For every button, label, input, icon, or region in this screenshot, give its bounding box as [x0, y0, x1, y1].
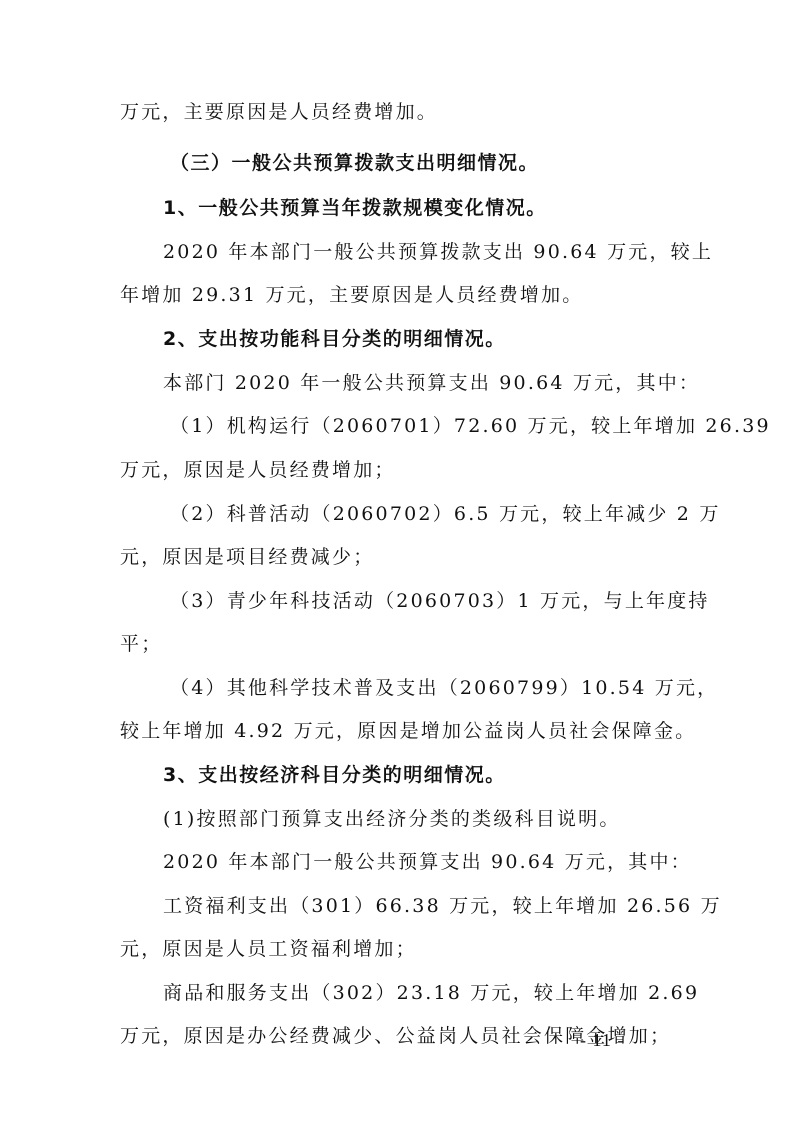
paragraph-line: 年增加 29.31 万元，主要原因是人员经费增加。: [120, 283, 583, 307]
subsection-heading-3: 3、支出按经济科目分类的明细情况。: [163, 763, 506, 787]
paragraph-line: 2020 年本部门一般公共预算拨款支出 90.64 万元，较上: [163, 240, 713, 264]
list-item-1-cont: 万元，原因是人员经费增加；: [120, 458, 396, 482]
list-item-3: （3）青少年科技活动（2060703）1 万元，与上年度持: [170, 589, 710, 613]
section-heading-3: （三）一般公共预算拨款支出明细情况。: [170, 151, 539, 175]
paragraph-line: 工资福利支出（301）66.38 万元，较上年增加 26.56 万: [163, 894, 722, 918]
list-item-2: （2）科普活动（2060702）6.5 万元，较上年减少 2 万: [170, 502, 721, 526]
paragraph-line: (1)按照部门预算支出经济分类的类级科目说明。: [163, 807, 621, 831]
list-item-1: （1）机构运行（2060701）72.60 万元，较上年增加 26.39: [170, 414, 771, 438]
document-page: 万元，主要原因是人员经费增加。 （三）一般公共预算拨款支出明细情况。 1、一般公…: [0, 0, 793, 1122]
subsection-heading-1: 1、一般公共预算当年拨款规模变化情况。: [163, 196, 547, 220]
paragraph-line: 2020 年本部门一般公共预算支出 90.64 万元，其中：: [163, 850, 692, 874]
paragraph-continuation: 万元，主要原因是人员经费增加。: [120, 100, 438, 124]
subsection-heading-2: 2、支出按功能科目分类的明细情况。: [163, 327, 506, 351]
list-item-4-cont: 较上年增加 4.92 万元，原因是增加公益岗人员社会保障金。: [120, 719, 696, 743]
list-item-4: （4）其他科学技术普及支出（2060799）10.54 万元，: [170, 676, 718, 700]
paragraph-line: 商品和服务支出（302）23.18 万元，较上年增加 2.69: [163, 981, 699, 1005]
page-number: - 11 -: [580, 1030, 624, 1051]
list-item-3-cont: 平；: [120, 632, 162, 656]
list-item-2-cont: 元，原因是项目经费减少；: [120, 545, 374, 569]
paragraph-line: 元，原因是人员工资福利增加；: [120, 937, 417, 961]
paragraph-line: 本部门 2020 年一般公共预算支出 90.64 万元，其中：: [163, 371, 700, 395]
